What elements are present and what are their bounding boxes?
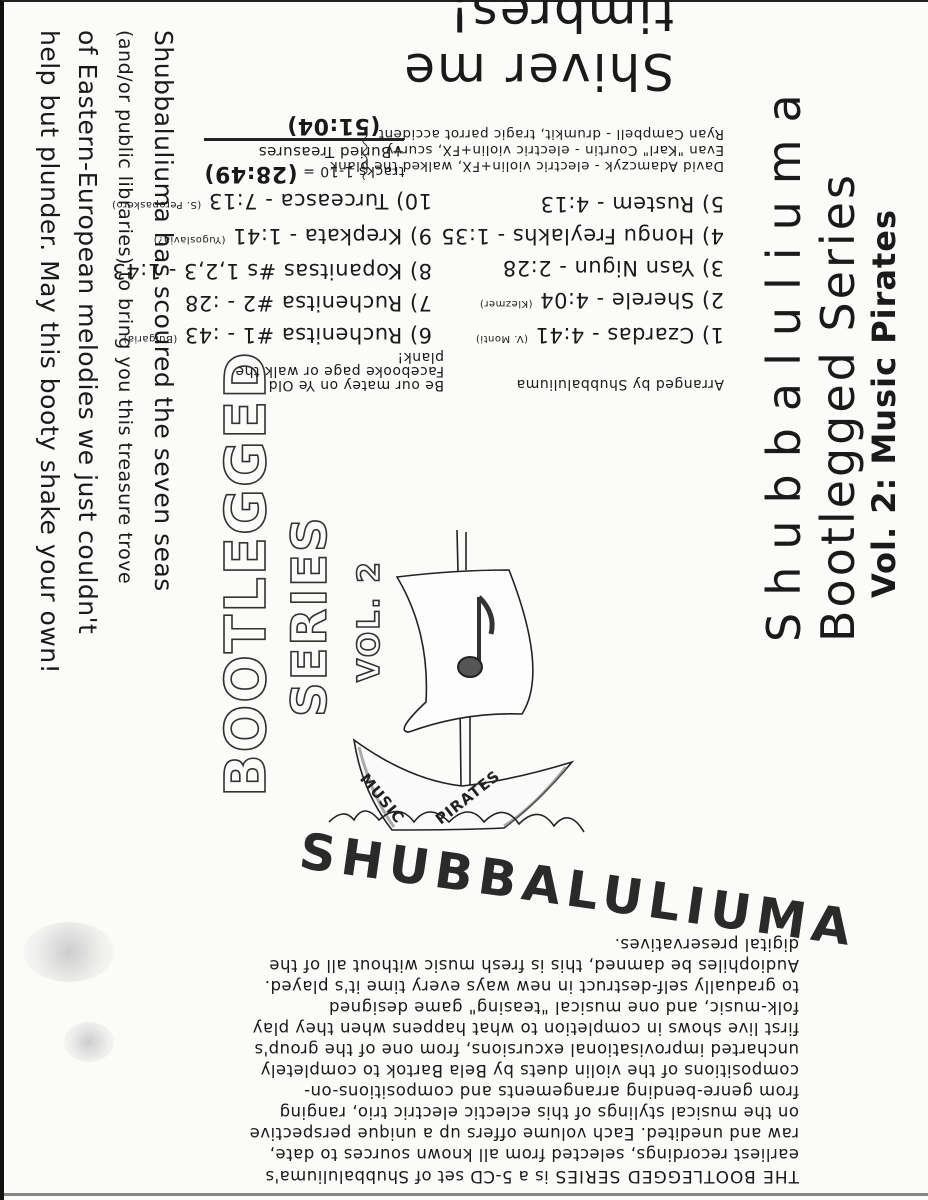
left-blurb-line: of Eastern-European melodies we just cou… <box>68 30 106 630</box>
description-line: to gradually self-destruct in new ways e… <box>209 976 799 997</box>
tracks-total: tracks 1-10 = (28:49) <box>204 161 404 186</box>
track-item: 7) Ruchenitsa #2 - :28 <box>112 287 432 319</box>
series-description: THE BOOTLEGGED SERIES is a 5-CD set of S… <box>209 937 799 1187</box>
track-item: 6) Ruchenitsa #1 - :43 (Bulgaria) <box>112 319 432 354</box>
header-block: David Adamczyk - electric violin+FX, wal… <box>204 22 724 192</box>
description-line: digital preservatives. <box>209 934 799 955</box>
ship-drawing: BOOTLEGGED SERIES VOL. 2 <box>204 402 704 922</box>
album-title: Shubbaluliuma Bootlegged Series Vol. 2: … <box>756 182 904 642</box>
track-item: 4) Hongu Freylakhs - 1:35 <box>441 220 724 252</box>
track-item: 9) Krepkata - 1:41 (Yugoslavia?) <box>112 220 432 255</box>
track-item: 5) Rustem - 4:13 <box>441 188 724 220</box>
description-line: folk-music, and one musical "teasing" ga… <box>209 997 799 1018</box>
artist-name: Shubbaluliuma <box>756 182 812 642</box>
tracklist: Arranged by Shubbaluliuma Be our matey o… <box>209 192 724 392</box>
track-item: 10) Turceasca - 7:13 (S. Peropaskero) <box>112 185 432 220</box>
paper-stain <box>24 922 114 982</box>
track-item: 2) Sherele - 4:04 (Klezmer) <box>441 284 724 319</box>
description-line: earliest recordings, selected from all k… <box>209 1144 799 1165</box>
insert-page: Shubbaluliuma has scoured the seven seas… <box>0 0 928 1200</box>
header-title: Shiver me timbres! <box>204 0 674 100</box>
arranged-by: Arranged by Shubbaluliuma <box>516 376 724 392</box>
track-item: 8) Kopanitsas #s 1,2,3 - 1:43 <box>112 255 432 287</box>
paper-edge <box>4 1193 928 1196</box>
description-line: on the musical stylings of this eclectic… <box>209 1102 799 1123</box>
description-line: compositions of the violin duets by Bela… <box>209 1060 799 1081</box>
track-item: 1) Czardas - 4:41 (V. Monti) <box>441 319 724 354</box>
series-lead: THE BOOTLEGGED SERIES <box>554 1166 799 1186</box>
description-line: raw and unedited. Each volume offers up … <box>209 1123 799 1144</box>
description-line: uncharted improvisational excursions, fr… <box>209 1039 799 1060</box>
buried-treasures: +Buried Treasures <box>204 138 404 161</box>
description-line: from genre-bending arrangements and comp… <box>209 1081 799 1102</box>
description-line: first live shows in completion to what h… <box>209 1018 799 1039</box>
description-line: THE BOOTLEGGED SERIES is a 5-CD set of S… <box>209 1165 799 1187</box>
grand-total: (51:04) <box>204 113 404 138</box>
volume-name: Vol. 2: Music Pirates <box>864 182 904 642</box>
track-column-1: 1) Czardas - 4:41 (V. Monti) 2) Sherele … <box>441 188 724 354</box>
series-name: Bootlegged Series <box>812 182 864 642</box>
track-item: 3) Yasn Nigun - 2:28 <box>441 252 724 284</box>
runtime-totals: tracks 1-10 = (28:49) +Buried Treasures … <box>204 113 404 186</box>
left-blurb-line: help but plunder. May this booty shake y… <box>30 30 68 630</box>
description-line: Audiophiles be damned, this is fresh mus… <box>209 955 799 976</box>
paper-stain <box>64 1022 114 1062</box>
sail-icon <box>397 570 533 732</box>
track-column-2: 6) Ruchenitsa #1 - :43 (Bulgaria) 7) Ruc… <box>112 185 432 354</box>
